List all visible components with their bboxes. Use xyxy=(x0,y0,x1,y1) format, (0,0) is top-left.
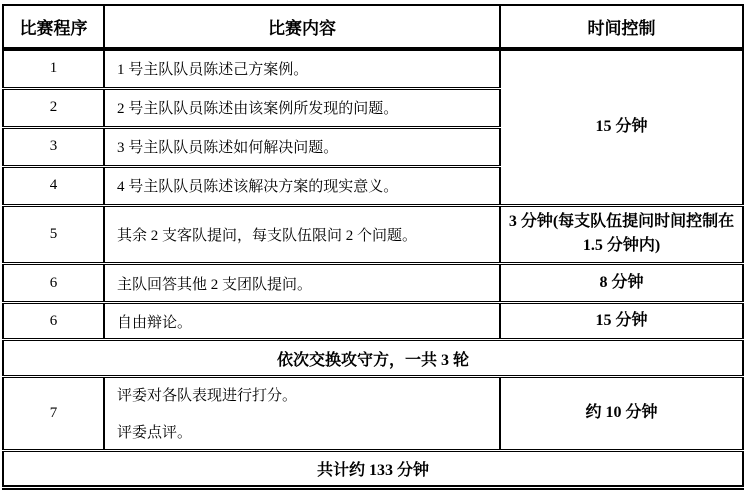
table-row: 6 自由辩论。 15 分钟 xyxy=(3,303,743,340)
header-cell-time-control: 时间控制 xyxy=(500,5,743,49)
row-content-cell: 1 号主队队员陈述己方案例。 xyxy=(104,49,500,88)
row-content-cell: 2 号主队队员陈述由该案例所发现的问题。 xyxy=(104,88,500,127)
row-number-cell: 2 xyxy=(3,88,104,127)
row-content-cell: 其余 2 支客队提问，每支队伍限问 2 个问题。 xyxy=(104,205,500,263)
row-number-cell: 3 xyxy=(3,127,104,166)
row-number-cell: 6 xyxy=(3,303,104,340)
scoring-line-2: 评委点评。 xyxy=(117,421,491,442)
row-number-cell: 5 xyxy=(3,205,104,263)
row-content-cell: 主队回答其他 2 支团队提问。 xyxy=(104,263,500,302)
table-row-scoring: 7 评委对各队表现进行打分。 评委点评。 约 10 分钟 xyxy=(3,377,743,451)
merged-time-cell: 15 分钟 xyxy=(500,49,743,205)
total-row-text: 共计约 133 分钟 xyxy=(3,450,743,487)
row-content-cell: 3 号主队队员陈述如何解决问题。 xyxy=(104,127,500,166)
row-number-cell: 7 xyxy=(3,377,104,451)
table-row: 5 其余 2 支客队提问，每支队伍限问 2 个问题。 3 分钟(每支队伍提问时间… xyxy=(3,205,743,263)
time-cell: 3 分钟(每支队伍提问时间控制在 1.5 分钟内) xyxy=(500,205,743,263)
header-cell-procedure: 比赛程序 xyxy=(3,5,104,49)
time-cell: 15 分钟 xyxy=(500,303,743,340)
row-content-cell: 4 号主队队员陈述该解决方案的现实意义。 xyxy=(104,166,500,205)
row-content-cell: 评委对各队表现进行打分。 评委点评。 xyxy=(104,377,500,451)
competition-schedule-table: 比赛程序 比赛内容 时间控制 1 1 号主队队员陈述己方案例。 15 分钟 2 … xyxy=(2,4,744,490)
table-row: 6 主队回答其他 2 支团队提问。 8 分钟 xyxy=(3,263,743,302)
header-row: 比赛程序 比赛内容 时间控制 xyxy=(3,5,743,49)
row-number-cell: 4 xyxy=(3,166,104,205)
time-cell: 约 10 分钟 xyxy=(500,377,743,451)
row-content-cell: 自由辩论。 xyxy=(104,303,500,340)
banner-row: 依次交换攻守方，一共 3 轮 xyxy=(3,340,743,377)
table-row: 1 1 号主队队员陈述己方案例。 15 分钟 xyxy=(3,49,743,88)
total-row: 共计约 133 分钟 xyxy=(3,450,743,487)
row-number-cell: 6 xyxy=(3,263,104,302)
header-cell-content: 比赛内容 xyxy=(104,5,500,49)
banner-row-text: 依次交换攻守方，一共 3 轮 xyxy=(3,340,743,377)
scoring-line-1: 评委对各队表现进行打分。 xyxy=(117,384,491,405)
row-number-cell: 1 xyxy=(3,49,104,88)
time-cell: 8 分钟 xyxy=(500,263,743,302)
